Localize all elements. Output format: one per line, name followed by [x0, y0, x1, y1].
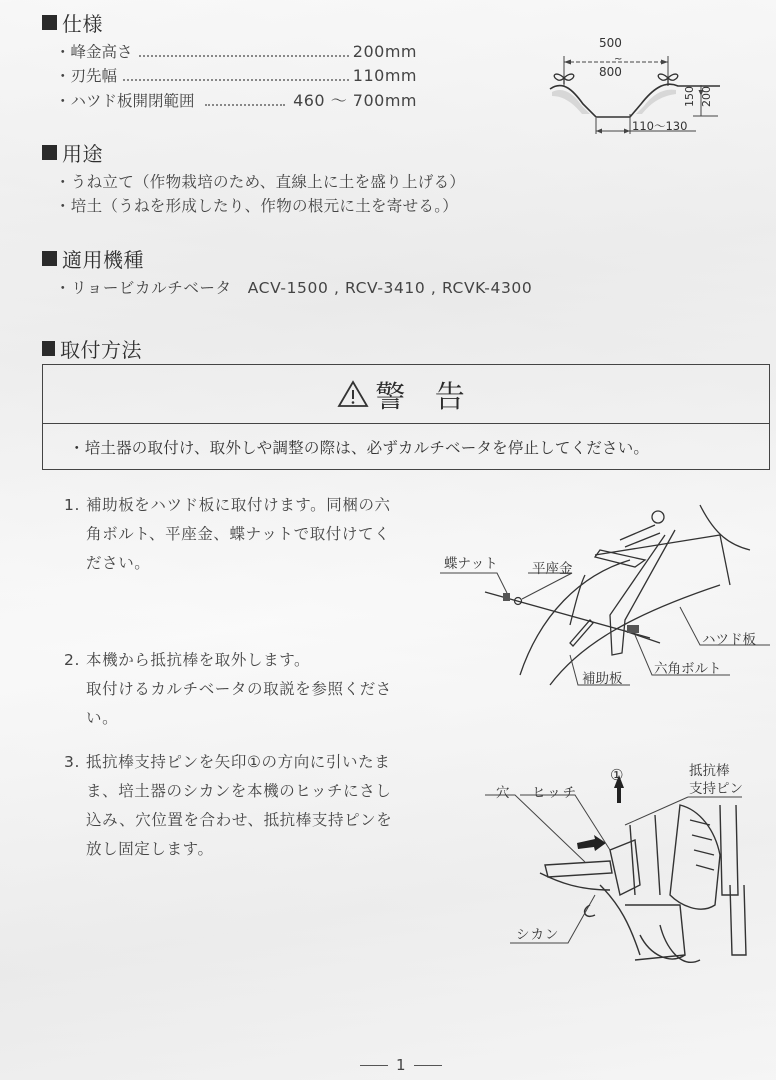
usage-heading: 用途	[42, 138, 103, 167]
ridge-profile-diagram: 500 ~ 800 150 200 110～130	[538, 34, 738, 140]
label-hole: 穴	[496, 781, 510, 801]
warning-box: 警 告 ・培土器の取付け、取外しや調整の際は、必ずカルチベータを停止してください…	[42, 364, 770, 470]
label-resistance-bar: 抵抗棒	[689, 759, 730, 779]
footer-dash-left	[360, 1065, 388, 1066]
install-step-1: 1.補助板をハツド板に取付けます。同梱の六 角ボルト、平座金、蝶ナットで取付けて…	[64, 491, 444, 578]
heading-bullet-icon	[42, 15, 57, 30]
usage-item: ・うね立て（作物栽培のため、直線上に土を盛り上げる）	[55, 170, 465, 192]
label-wing-nut: 蝶ナット	[444, 552, 498, 572]
figure-hitch-insertion: 穴 ヒッチ ① 抵抗棒 支持ピン シカン	[470, 755, 776, 980]
label-hitch: ヒッチ	[532, 781, 578, 801]
leader-dots	[139, 55, 349, 57]
dim-height-200: 200	[700, 86, 713, 107]
page-footer: 1	[360, 1056, 442, 1074]
label-shank: シカン	[516, 923, 560, 943]
label-hex-bolt: 六角ボルト	[654, 657, 722, 677]
models-item: ・リョービカルチベータ ACV-1500 , RCV-3410 , RCVK-4…	[55, 276, 532, 298]
page-number: 1	[396, 1056, 406, 1074]
usage-item: ・培土（うねを形成したり、作物の根元に土を寄せる。）	[55, 194, 458, 216]
label-hood-plate: ハツド板	[702, 628, 756, 648]
spec-heading: 仕様	[42, 8, 103, 37]
models-heading: 適用機種	[42, 244, 144, 273]
warning-text: ・培土器の取付け、取外しや調整の際は、必ずカルチベータを停止してください。	[43, 424, 769, 469]
warning-triangle-icon	[337, 380, 369, 408]
dim-tilde: ~	[614, 54, 622, 65]
install-heading: 取付方法	[42, 334, 142, 363]
warning-title: 警 告	[375, 372, 475, 416]
warning-header: 警 告	[43, 365, 769, 424]
dim-top-max: 800	[599, 65, 622, 79]
label-support-pin: 支持ピン	[689, 777, 743, 797]
label-arrow-1: ①	[610, 766, 623, 784]
dim-top-min: 500	[599, 36, 622, 50]
spec-row: ・峰金高さ 200mm	[55, 40, 417, 64]
label-aux-plate: 補助板	[582, 667, 623, 687]
leader-dots	[123, 79, 349, 81]
heading-bullet-icon	[42, 145, 57, 160]
figure-hood-plate-assembly: 蝶ナット 平座金 ハツド板 六角ボルト 補助板	[430, 495, 776, 700]
spec-row: ・刃先幅 110mm	[55, 64, 417, 88]
label-flat-washer: 平座金	[532, 557, 573, 577]
heading-bullet-icon	[42, 251, 57, 266]
dim-height-150: 150	[683, 86, 696, 107]
heading-bullet-icon	[42, 341, 55, 356]
footer-dash-right	[414, 1065, 442, 1066]
dim-bottom-width: 110～130	[632, 118, 687, 134]
spec-list: ・峰金高さ 200mm ・刃先幅 110mm ・ハツド板開閉範囲 460 ～ 7…	[55, 40, 417, 112]
install-step-3: 3.抵抗棒支持ピンを矢印①の方向に引いたま ま、培土器のシカンを本機のヒッチにさ…	[64, 748, 444, 864]
spec-row: ・ハツド板開閉範囲 460 ～ 700mm	[55, 88, 417, 112]
install-step-2: 2.本機から抵抗棒を取外します。 取付けるカルチベータの取説を参照くださ い。	[64, 646, 444, 733]
leader-dots	[205, 104, 286, 106]
